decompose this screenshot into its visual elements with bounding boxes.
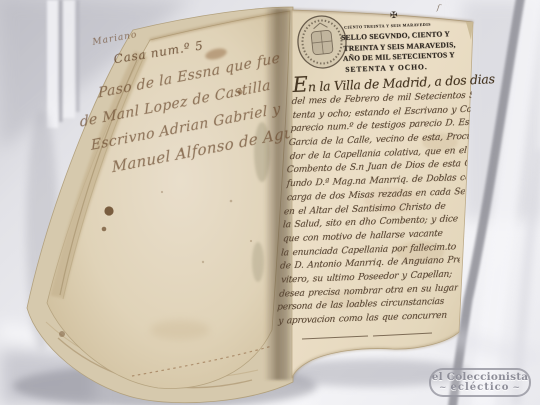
photo-of-antique-manuscript: Mariano Casa num.º 5 Paso de la Essna qu… — [0, 0, 540, 405]
swirl-icon: ~ — [512, 383, 521, 393]
manuscript-body: del mes de Febrero de mil Setecientos Se… — [276, 90, 472, 330]
watermark-line2-row: ~ ecléctico ~ — [439, 383, 521, 393]
watermark-line2: ecléctico — [451, 383, 510, 393]
maltese-cross-icon: ✠ — [390, 11, 398, 21]
swirl-icon: ~ — [439, 383, 448, 393]
collector-watermark: el Coleccionista ~ ecléctico ~ — [429, 368, 531, 397]
